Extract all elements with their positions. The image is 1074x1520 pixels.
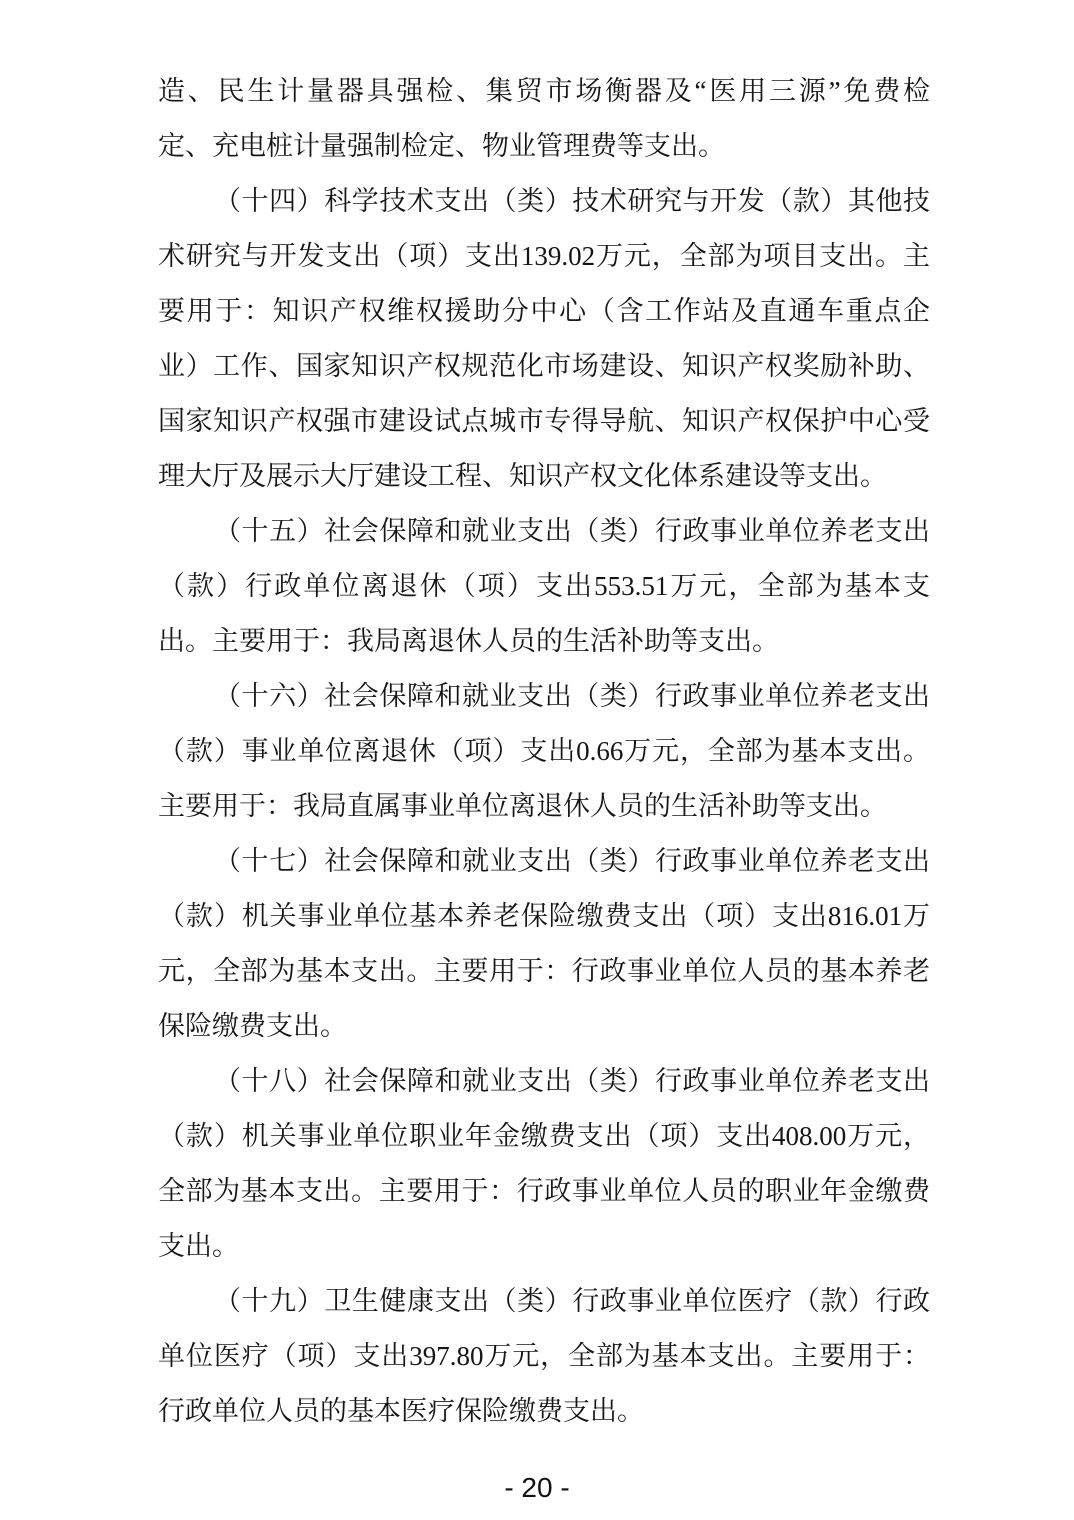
- text-line: 术研究与开发支出（项）支出139.02万元，全部为项目支出。主: [158, 229, 930, 284]
- text-line: 要用于：知识产权维权援助分中心（含工作站及直通车重点企: [158, 284, 930, 339]
- text-line: （十九）卫生健康支出（类）行政事业单位医疗（款）行政: [158, 1274, 930, 1329]
- document-page: 造、民生计量器具强检、集贸市场衡器及“医用三源”免费检 定、充电桩计量强制检定、…: [0, 0, 1074, 1520]
- text-line: （十四）科学技术支出（类）技术研究与开发（款）其他技: [158, 174, 930, 229]
- page-number: - 20 -: [0, 1468, 1074, 1508]
- text-line: 业）工作、国家知识产权规范化市场建设、知识产权奖励补助、: [158, 339, 930, 394]
- text-line: 造、民生计量器具强检、集贸市场衡器及“医用三源”免费检: [158, 64, 930, 119]
- text-line: （十八）社会保障和就业支出（类）行政事业单位养老支出: [158, 1054, 930, 1109]
- text-line: 元，全部为基本支出。主要用于：行政事业单位人员的基本养老: [158, 944, 930, 999]
- text-line: （十六）社会保障和就业支出（类）行政事业单位养老支出: [158, 669, 930, 724]
- text-line: （款）机关事业单位职业年金缴费支出（项）支出408.00万元，: [158, 1109, 930, 1164]
- text-line: 行政单位人员的基本医疗保险缴费支出。: [158, 1384, 930, 1439]
- text-line: 国家知识产权强市建设试点城市专得导航、知识产权保护中心受: [158, 394, 930, 449]
- document-body: 造、民生计量器具强检、集贸市场衡器及“医用三源”免费检 定、充电桩计量强制检定、…: [158, 64, 930, 1439]
- text-line: （款）事业单位离退休（项）支出0.66万元，全部为基本支出。: [158, 724, 930, 779]
- text-line: 全部为基本支出。主要用于：行政事业单位人员的职业年金缴费: [158, 1164, 930, 1219]
- text-line: 支出。: [158, 1219, 930, 1274]
- text-line: 主要用于：我局直属事业单位离退休人员的生活补助等支出。: [158, 779, 930, 834]
- text-line: （款）机关事业单位基本养老保险缴费支出（项）支出816.01万: [158, 889, 930, 944]
- text-line: 单位医疗（项）支出397.80万元，全部为基本支出。主要用于：: [158, 1329, 930, 1384]
- text-line: 理大厅及展示大厅建设工程、知识产权文化体系建设等支出。: [158, 449, 930, 504]
- text-line: 出。主要用于：我局离退休人员的生活补助等支出。: [158, 614, 930, 669]
- text-line: （十七）社会保障和就业支出（类）行政事业单位养老支出: [158, 834, 930, 889]
- text-line: （十五）社会保障和就业支出（类）行政事业单位养老支出: [158, 504, 930, 559]
- text-line: 保险缴费支出。: [158, 999, 930, 1054]
- text-line: （款）行政单位离退休（项）支出553.51万元，全部为基本支: [158, 559, 930, 614]
- text-line: 定、充电桩计量强制检定、物业管理费等支出。: [158, 119, 930, 174]
